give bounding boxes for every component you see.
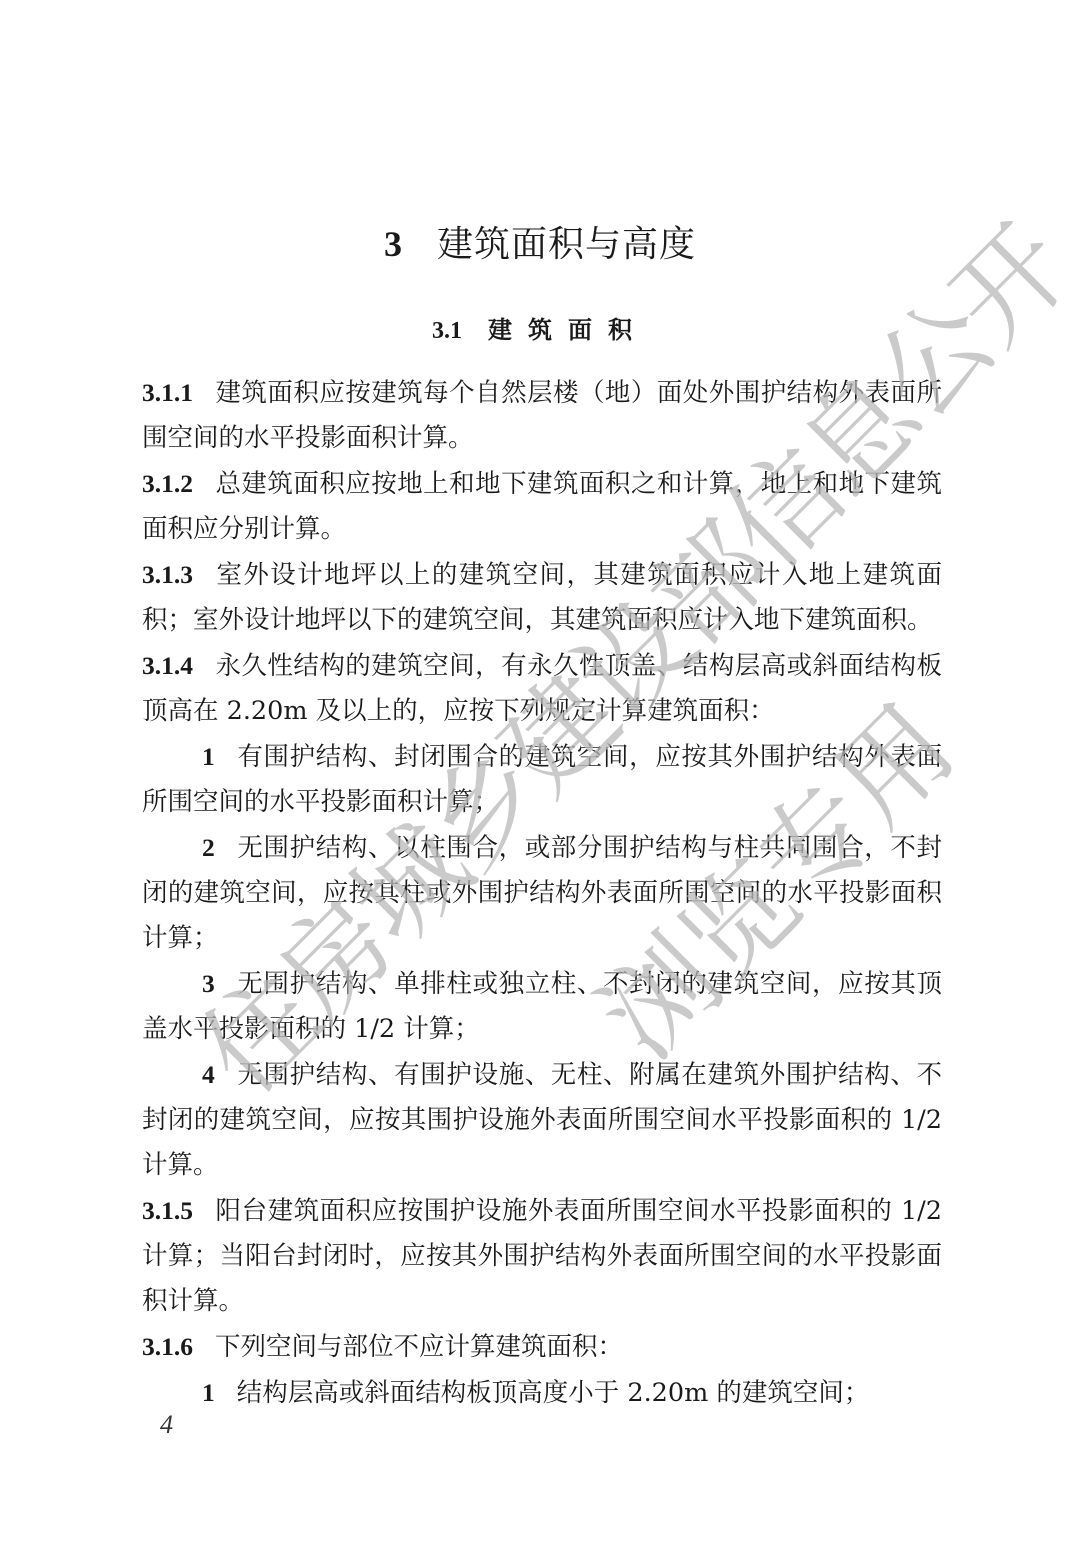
item-number: 4	[202, 1060, 215, 1089]
clause-3-1-4-item-2: 2无围护结构、以柱围合，或部分围护结构与柱共同围合，不封闭的建筑空间，应按其柱或…	[142, 825, 942, 961]
item-text: 无围护结构、以柱围合，或部分围护结构与柱共同围合，不封闭的建筑空间，应按其柱或外…	[142, 833, 942, 953]
clause-number: 3.1.4	[142, 651, 193, 680]
clause-3-1-6: 3.1.6下列空间与部位不应计算建筑面积：	[142, 1324, 942, 1370]
clause-3-1-4-item-3: 3无围护结构、单排柱或独立柱、不封闭的建筑空间，应按其顶盖水平投影面积的 1/2…	[142, 961, 942, 1052]
clause-3-1-3: 3.1.3室外设计地坪以上的建筑空间，其建筑面积应计入地上建筑面积；室外设计地坪…	[142, 552, 942, 643]
clause-text: 室外设计地坪以上的建筑空间，其建筑面积应计入地上建筑面积；室外设计地坪以下的建筑…	[142, 560, 942, 635]
clause-3-1-6-item-1: 1结构层高或斜面结构板顶高度小于 2.20m 的建筑空间；	[142, 1370, 942, 1416]
item-number: 2	[202, 833, 215, 862]
section-number: 3.1	[432, 318, 462, 344]
section-title: 3.1建筑面积	[0, 308, 1080, 353]
item-text: 无围护结构、单排柱或独立柱、不封闭的建筑空间，应按其顶盖水平投影面积的 1/2 …	[142, 969, 942, 1044]
clause-3-1-1: 3.1.1建筑面积应按建筑每个自然层楼（地）面处外围护结构外表面所围空间的水平投…	[142, 370, 942, 461]
clause-3-1-4: 3.1.4永久性结构的建筑空间，有永久性顶盖、结构层高或斜面结构板顶高在 2.2…	[142, 643, 942, 734]
chapter-number: 3	[384, 224, 403, 264]
clause-number: 3.1.1	[142, 378, 193, 407]
clause-number: 3.1.5	[142, 1196, 193, 1225]
clause-number: 3.1.6	[142, 1332, 193, 1361]
clause-text: 建筑面积应按建筑每个自然层楼（地）面处外围护结构外表面所围空间的水平投影面积计算…	[142, 378, 942, 453]
chapter-title: 3建筑面积与高度	[0, 218, 1080, 271]
clause-text: 永久性结构的建筑空间，有永久性顶盖、结构层高或斜面结构板顶高在 2.20m 及以…	[142, 651, 942, 726]
item-number: 1	[202, 742, 215, 771]
page-number: 4	[160, 1410, 173, 1440]
clause-text: 总建筑面积应按地上和地下建筑面积之和计算，地上和地下建筑面积应分别计算。	[142, 469, 942, 544]
document-page: 3建筑面积与高度 3.1建筑面积 3.1.1建筑面积应按建筑每个自然层楼（地）面…	[0, 0, 1080, 1563]
item-text: 结构层高或斜面结构板顶高度小于 2.20m 的建筑空间；	[237, 1378, 870, 1408]
document-body: 3.1.1建筑面积应按建筑每个自然层楼（地）面处外围护结构外表面所围空间的水平投…	[142, 370, 942, 1416]
item-text: 无围护结构、有围护设施、无柱、附属在建筑外围护结构、不封闭的建筑空间，应按其围护…	[142, 1060, 942, 1180]
item-number: 1	[202, 1378, 215, 1407]
clause-number: 3.1.3	[142, 560, 193, 589]
clause-text: 下列空间与部位不应计算建筑面积：	[215, 1332, 623, 1362]
chapter-title-text: 建筑面积与高度	[437, 224, 696, 265]
clause-number: 3.1.2	[142, 469, 193, 498]
item-text: 有围护结构、封闭围合的建筑空间，应按其外围护结构外表面所围空间的水平投影面积计算…	[142, 742, 942, 817]
clause-3-1-4-item-1: 1有围护结构、封闭围合的建筑空间，应按其外围护结构外表面所围空间的水平投影面积计…	[142, 734, 942, 825]
clause-3-1-4-item-4: 4无围护结构、有围护设施、无柱、附属在建筑外围护结构、不封闭的建筑空间，应按其围…	[142, 1052, 942, 1188]
clause-3-1-5: 3.1.5阳台建筑面积应按围护设施外表面所围空间水平投影面积的 1/2 计算；当…	[142, 1188, 942, 1324]
section-title-text: 建筑面积	[488, 315, 648, 344]
clause-text: 阳台建筑面积应按围护设施外表面所围空间水平投影面积的 1/2 计算；当阳台封闭时…	[142, 1196, 942, 1316]
item-number: 3	[202, 969, 215, 998]
clause-3-1-2: 3.1.2总建筑面积应按地上和地下建筑面积之和计算，地上和地下建筑面积应分别计算…	[142, 461, 942, 552]
